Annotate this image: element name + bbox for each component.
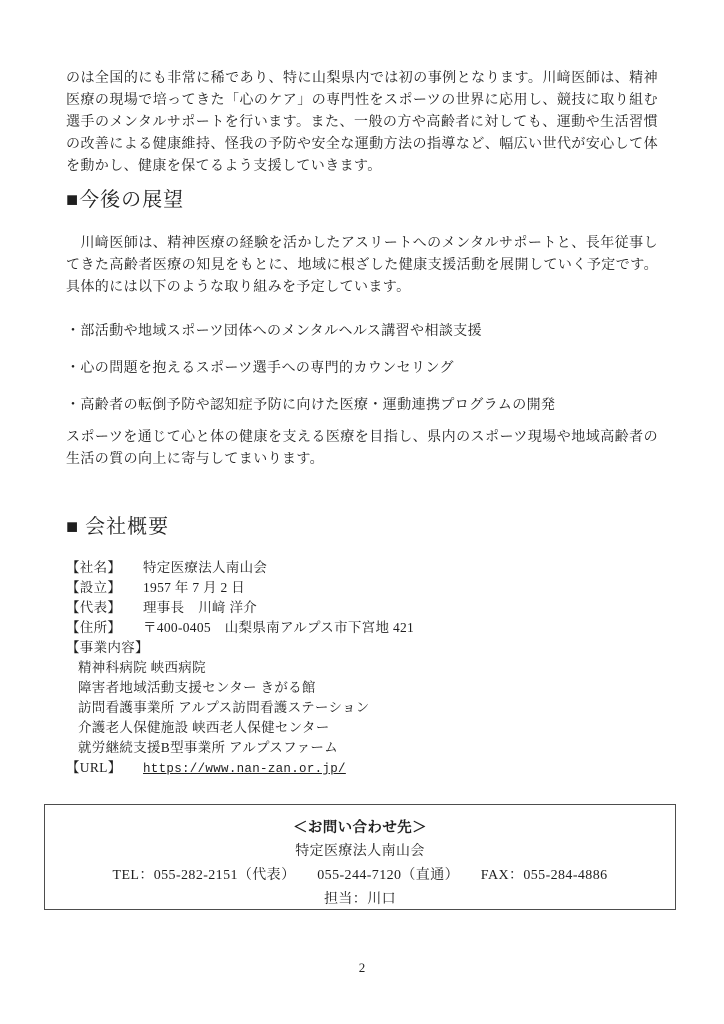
- company-row: 【住所】〒400-0405 山梨県南アルプス市下宮地 421: [66, 618, 658, 638]
- business-item: 障害者地域活動支援センター きがる館: [66, 678, 658, 698]
- company-overview: 【社名】特定医療法人南山会 【設立】1957 年 7 月 2 日 【代表】理事長…: [66, 558, 658, 779]
- contact-box: ＜お問い合わせ先＞ 特定医療法人南山会 TEL：055-282-2151（代表）…: [44, 804, 676, 910]
- company-row: 【社名】特定医療法人南山会: [66, 558, 658, 578]
- contact-title: ＜お問い合わせ先＞: [45, 816, 675, 840]
- page-number: 2: [66, 960, 658, 976]
- company-row-label: 【代表】: [66, 598, 143, 618]
- company-row-label: 【住所】: [66, 618, 143, 638]
- closing-paragraph: スポーツを通じて心と体の健康を支える医療を目指し、県内のスポーツ現場や地域高齢者…: [66, 427, 658, 471]
- list-item: ・高齢者の転倒予防や認知症予防に向けた医療・運動連携プログラムの開発: [66, 395, 658, 417]
- company-row: 【代表】理事長 川﨑 洋介: [66, 598, 658, 618]
- contact-company-name: 特定医療法人南山会: [45, 840, 675, 864]
- document-page: のは全国的にも非常に稀であり、特に山梨県内では初の事例となります。川﨑医師は、精…: [0, 0, 724, 1024]
- outlook-paragraph: 川﨑医師は、精神医療の経験を活かしたアスリートへのメンタルサポートと、長年従事し…: [66, 233, 658, 299]
- company-row-label: 【設立】: [66, 578, 143, 598]
- company-row-label: 【URL】: [66, 758, 143, 778]
- intro-paragraph: のは全国的にも非常に稀であり、特に山梨県内では初の事例となります。川﨑医師は、精…: [66, 68, 658, 178]
- company-business-label: 【事業内容】: [66, 638, 658, 658]
- company-row-value: 理事長 川﨑 洋介: [143, 600, 257, 615]
- business-item: 就労継続支援B型事業所 アルプスファーム: [66, 738, 658, 758]
- business-item: 訪問看護事業所 アルプス訪問看護ステーション: [66, 698, 658, 718]
- business-item: 精神科病院 峡西病院: [66, 658, 658, 678]
- outlook-bullet-list: ・部活動や地域スポーツ団体へのメンタルヘルス講習や相談支援 ・心の問題を抱えるス…: [66, 321, 658, 417]
- list-item: ・心の問題を抱えるスポーツ選手への専門的カウンセリング: [66, 358, 658, 380]
- company-row-value: 特定医療法人南山会: [143, 560, 267, 575]
- contact-tel-line: TEL：055-282-2151（代表） 055-244-7120（直通） FA…: [45, 864, 675, 888]
- contact-person: 担当：川口: [45, 888, 675, 912]
- company-row-value: 1957 年 7 月 2 日: [143, 580, 245, 595]
- list-item: ・部活動や地域スポーツ団体へのメンタルヘルス講習や相談支援: [66, 321, 658, 343]
- company-row-value: 〒400-0405 山梨県南アルプス市下宮地 421: [143, 620, 414, 635]
- company-url-link[interactable]: https://www.nan-zan.or.jp/: [143, 762, 346, 776]
- section-heading-outlook: ■今後の展望: [66, 186, 658, 214]
- company-row: 【設立】1957 年 7 月 2 日: [66, 578, 658, 598]
- section-heading-company: ■ 会社概要: [66, 513, 658, 541]
- company-row: 【URL】https://www.nan-zan.or.jp/: [66, 758, 658, 779]
- business-item: 介護老人保健施設 峡西老人保健センター: [66, 718, 658, 738]
- company-row-label: 【社名】: [66, 558, 143, 578]
